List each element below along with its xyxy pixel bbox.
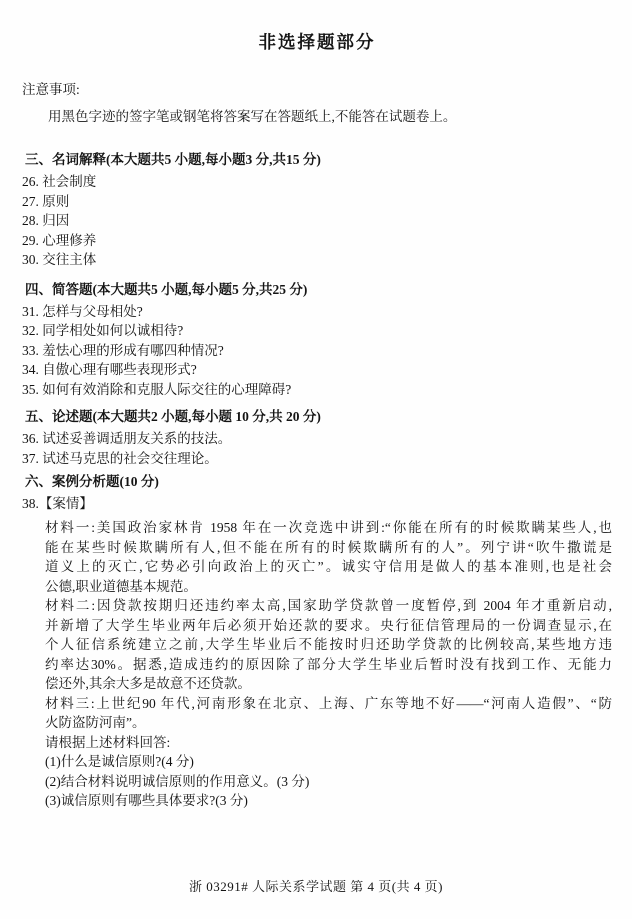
case-line: 偿还外,其余大多是故意不还贷款。 xyxy=(45,674,612,694)
question-29: 29. 心理修养 xyxy=(22,231,612,251)
question-35: 35. 如何有效消除和克服人际交往的心理障碍? xyxy=(22,380,612,400)
page-footer: 浙 03291# 人际关系学试题 第 4 页(共 4 页) xyxy=(0,876,632,895)
notice-text: 用黑色字迹的签字笔或钢笔将答案写在答题纸上,不能答在试题卷上。 xyxy=(22,107,612,127)
case-line: 并新增了大学生毕业两年后必须开始还款的要求。央行征信管理局的一份调查显示,在 xyxy=(45,616,612,636)
exam-page: 非选择题部分 注意事项: 用黑色字迹的签字笔或钢笔将答案写在答题纸上,不能答在试… xyxy=(0,0,632,919)
case-label: 38.【案情】 xyxy=(22,494,612,514)
case-subquestion-3: (3)诚信原则有哪些具体要求?(3 分) xyxy=(45,791,612,811)
question-34: 34. 自傲心理有哪些表现形式? xyxy=(22,360,612,380)
section-heading-short-answer: 四、简答题(本大题共5 小题,每小题5 分,共25 分) xyxy=(25,280,612,300)
notice-label: 注意事项: xyxy=(22,80,612,100)
question-33: 33. 羞怯心理的形成有哪四种情况? xyxy=(22,341,612,361)
case-prompt: 请根据上述材料回答: xyxy=(45,733,612,753)
section-heading-glossary: 三、名词解释(本大题共5 小题,每小题3 分,共15 分) xyxy=(25,150,612,170)
question-28: 28. 归因 xyxy=(22,211,612,231)
question-32: 32. 同学相处如何以诚相待? xyxy=(22,321,612,341)
question-36: 36. 试述妥善调适朋友关系的技法。 xyxy=(22,429,612,449)
page-title: 非选择题部分 xyxy=(22,30,612,54)
question-27: 27. 原则 xyxy=(22,192,612,212)
case-line: 道义上的灭亡,它势必引向政治上的灭亡”。诚实守信用是做人的基本准则,也是社会 xyxy=(45,557,612,577)
case-line: 材料一:美国政治家林肯 1958 年在一次竞选中讲到:“你能在所有的时候欺瞒某些… xyxy=(45,518,612,538)
question-31: 31. 怎样与父母相处? xyxy=(22,302,612,322)
question-37: 37. 试述马克思的社会交往理论。 xyxy=(22,449,612,469)
case-line: 能在某些时候欺瞒所有人,但不能在所有的时候欺瞒所有的人”。列宁讲“吹牛撒谎是 xyxy=(45,538,612,558)
case-line: 约率达30%。据悉,造成违约的原因除了部分大学生毕业后暂时没有找到工作、无能力 xyxy=(45,655,612,675)
case-line: 个人征信系统建立之前,大学生毕业后不能按时归还助学贷款的比例较高,某些地方违 xyxy=(45,635,612,655)
question-30: 30. 交往主体 xyxy=(22,250,612,270)
case-material: 材料一:美国政治家林肯 1958 年在一次竞选中讲到:“你能在所有的时候欺瞒某些… xyxy=(45,518,612,811)
case-line: 公德,职业道德基本规范。 xyxy=(45,577,612,597)
question-26: 26. 社会制度 xyxy=(22,172,612,192)
case-subquestion-1: (1)什么是诚信原则?(4 分) xyxy=(45,752,612,772)
section-heading-case-analysis: 六、案例分析题(10 分) xyxy=(25,472,612,492)
case-line: 火防盗防河南”。 xyxy=(45,713,612,733)
case-line: 材料二:因贷款按期归还违约率太高,国家助学贷款曾一度暂停,到 2004 年才重新… xyxy=(45,596,612,616)
section-heading-essay: 五、论述题(本大题共2 小题,每小题 10 分,共 20 分) xyxy=(25,407,612,427)
case-line: 材料三:上世纪90 年代,河南形象在北京、上海、广东等地不好——“河南人造假”、… xyxy=(45,694,612,714)
case-subquestion-2: (2)结合材料说明诚信原则的作用意义。(3 分) xyxy=(45,772,612,792)
